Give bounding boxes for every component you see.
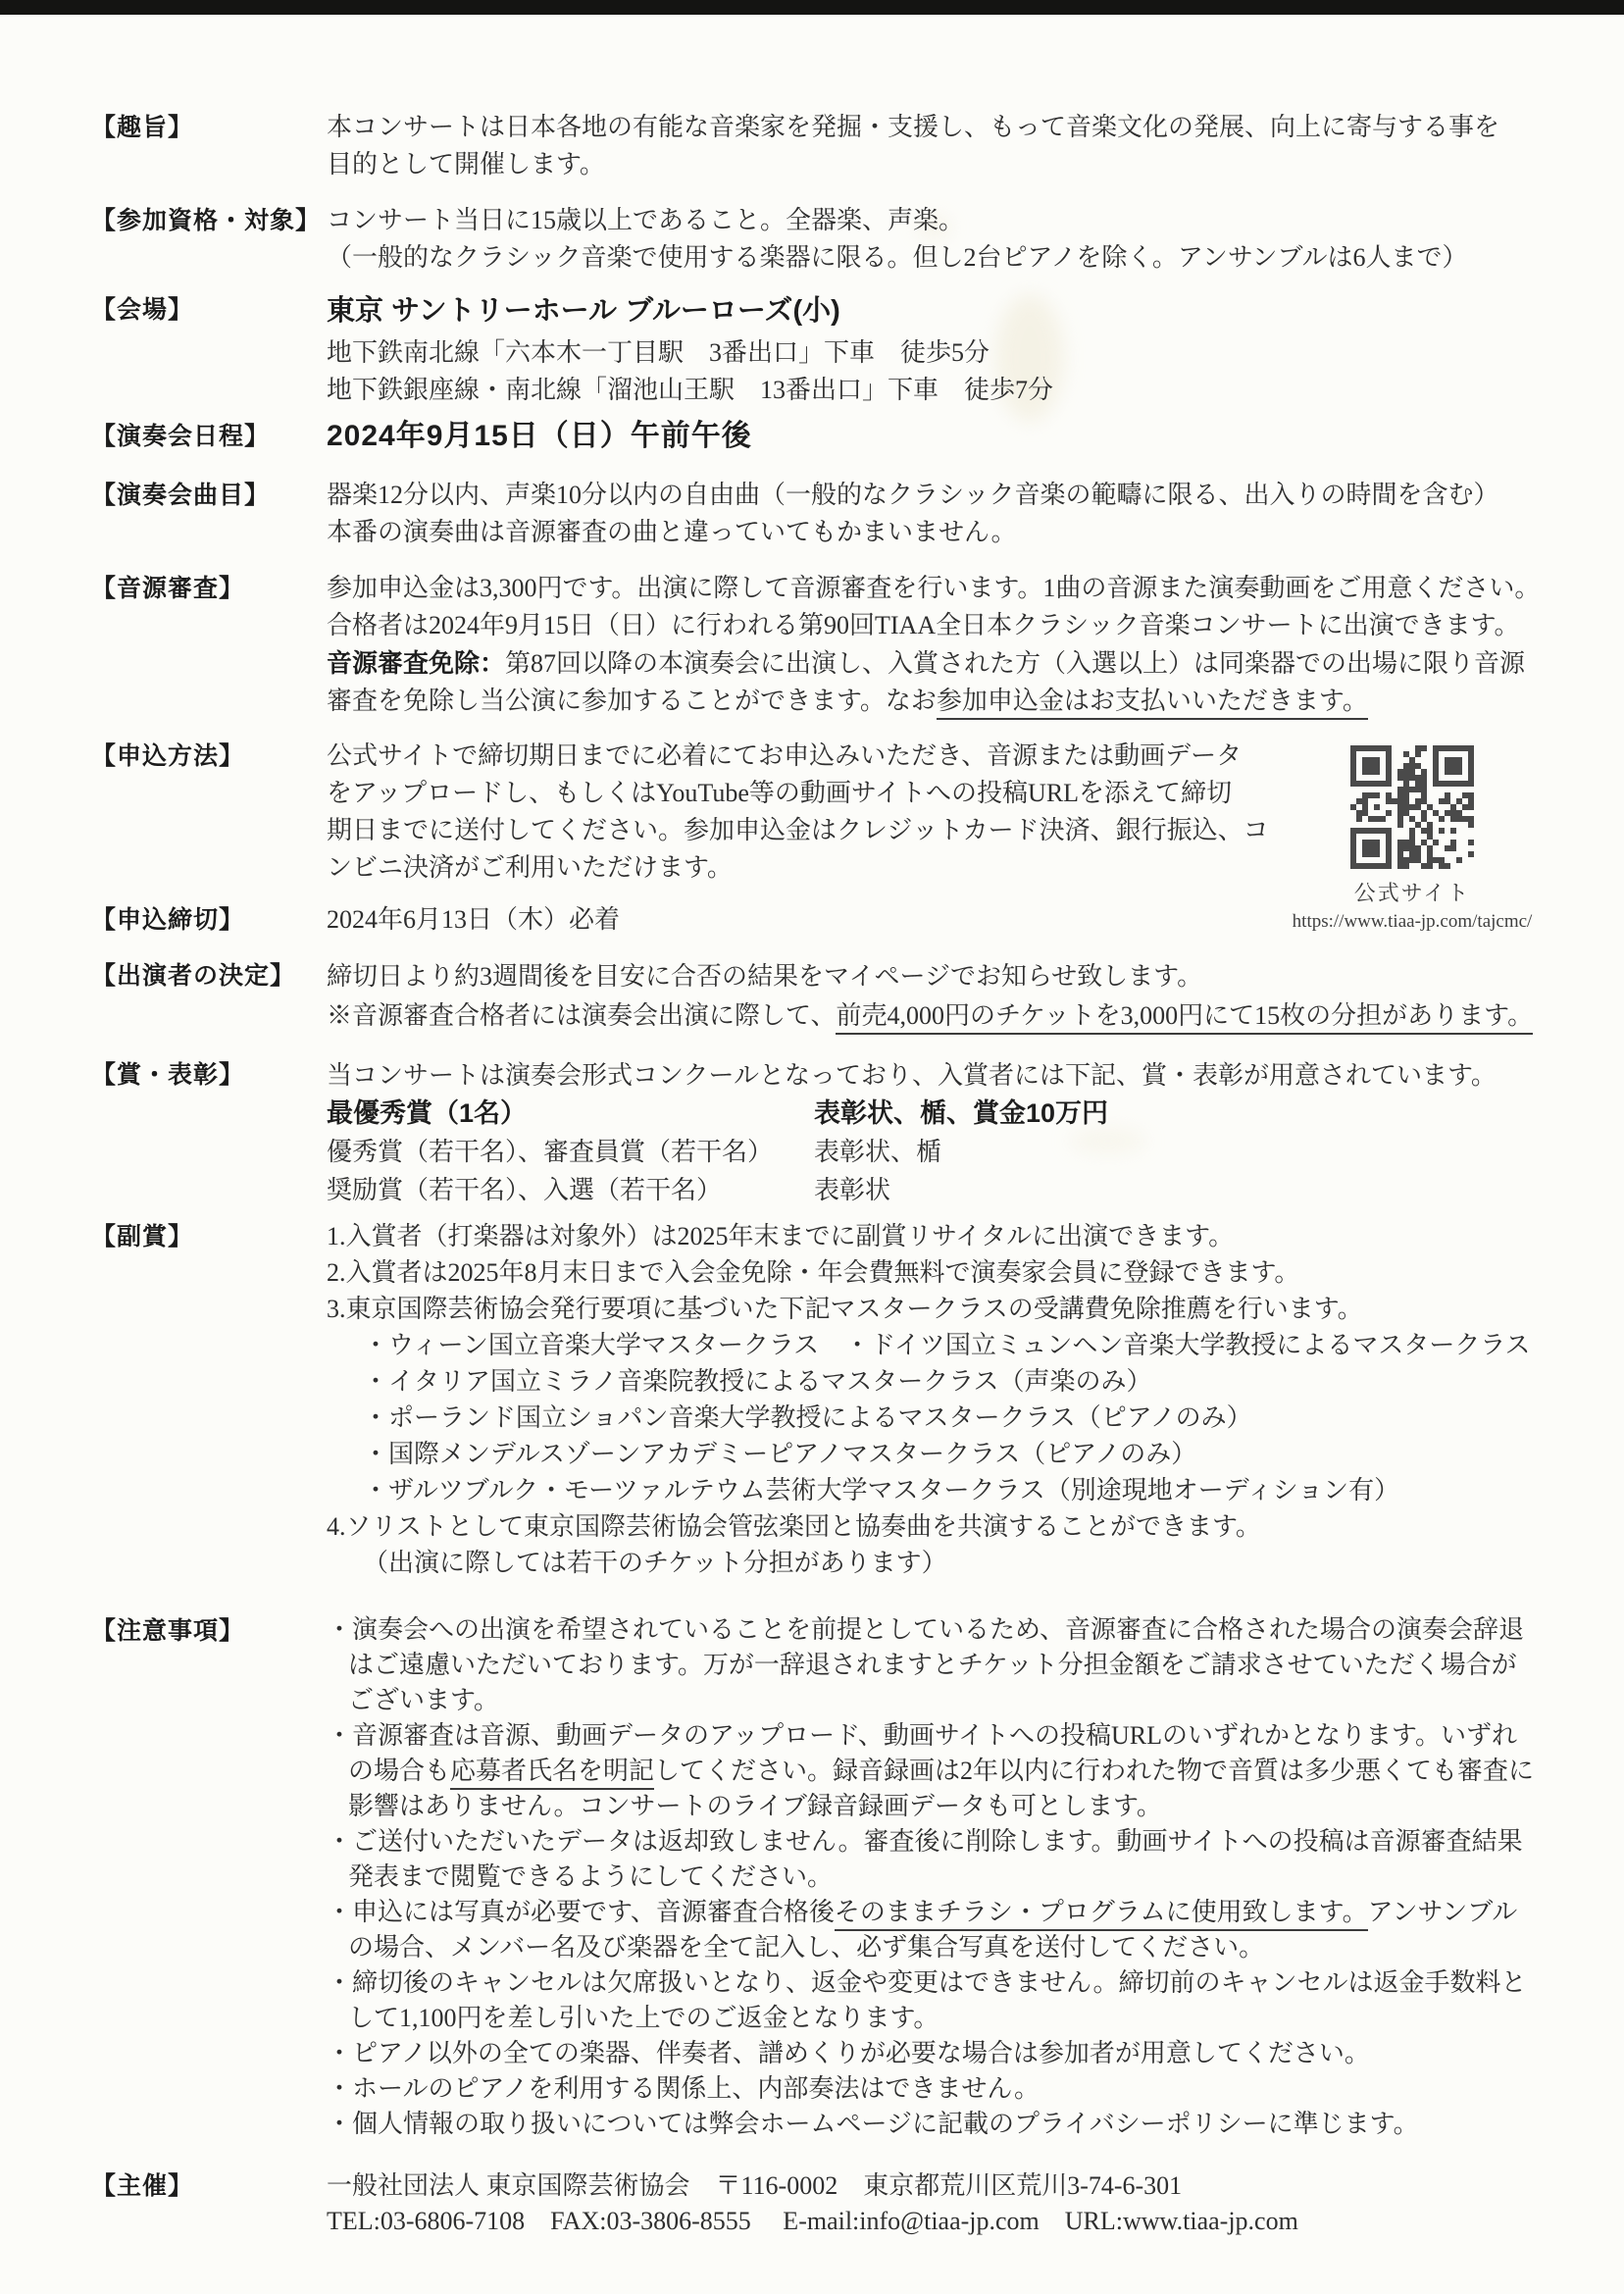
section-performer-selection-label: 【出演者の決定】 xyxy=(91,957,295,994)
award-prize: 表彰状、楯 xyxy=(814,1133,941,1171)
note-line: 影響はありません。コンサートのライブ録音録画データも可とします。 xyxy=(327,1789,1534,1824)
underlined-text: そのままチラシ・プログラムに使用致します。 xyxy=(835,1898,1368,1931)
official-site-qr-block: 公式サイト https://www.tiaa-jp.com/tajcmc/ xyxy=(1270,745,1554,934)
masterclass-item: ・国際メンデルスゾーンアカデミーピアノマスタークラス（ピアノのみ） xyxy=(327,1436,1531,1472)
audio-screening-line: 審査を免除し当公演に参加することができます。なお参加申込金はお支払いいただきます… xyxy=(327,683,1540,720)
section-repertoire-label: 【演奏会曲目】 xyxy=(91,477,270,514)
awards-intro: 当コンサートは演奏会形式コンクールとなっており、入賞者には下記、賞・表彰が用意さ… xyxy=(327,1056,1497,1095)
venue-name: 東京 サントリーホール ブルーローズ(小) xyxy=(327,291,1053,331)
qr-url: https://www.tiaa-jp.com/tajcmc/ xyxy=(1270,910,1554,934)
note-line: ・ピアノ以外の全ての楽器、伴奏者、譜めくりが必要な場合は参加者が用意してください… xyxy=(327,2036,1534,2071)
supplementary-line: （出演に際しては若干のチケット分担があります） xyxy=(327,1545,1531,1581)
section-application-method-label: 【申込方法】 xyxy=(91,738,244,775)
award-name: 優秀賞（若干名）、審査員賞（若干名） xyxy=(327,1133,814,1171)
award-row: 最優秀賞（1名） 表彰状、楯、賞金10万円 xyxy=(327,1095,1497,1133)
supplementary-line: 4.ソリストとして東京国際芸術協会管弦楽団と協奏曲を共演することができます。 xyxy=(327,1508,1531,1545)
note-line: ・申込には写真が必要です、音源審査合格後そのままチラシ・プログラムに使用致します… xyxy=(327,1895,1534,1930)
qr-code xyxy=(1350,745,1474,869)
venue-access-line: 地下鉄南北線「六本木一丁目駅 3番出口」下車 徒歩5分 xyxy=(327,334,1053,372)
scan-edge-bar xyxy=(0,0,1624,15)
masterclass-item: ・ポーランド国立ショパン音楽大学教授によるマスタークラス（ピアノのみ） xyxy=(327,1400,1531,1436)
note-line: ・ご送付いただいたデータは返却致しません。審査後に削除します。動画サイトへの投稿… xyxy=(327,1824,1534,1860)
award-row: 優秀賞（若干名）、審査員賞（若干名） 表彰状、楯 xyxy=(327,1133,1497,1171)
selection-line: 締切日より約3週間後を目安に合否の結果をマイページでお知らせ致します。 xyxy=(327,957,1533,996)
application-line: 公式サイトで締切期日までに必着にてお申込みいただき、音源または動画データ xyxy=(327,738,1269,775)
note-line: ・演奏会への出演を希望されていることを前提としているため、音源審査に合格された場… xyxy=(327,1612,1534,1648)
masterclass-item: ・ザルツブルク・モーツァルテウム芸術大学マスタークラス（別途現地オーディション有… xyxy=(327,1472,1531,1508)
supplementary-line: 3.東京国際芸術協会発行要項に基づいた下記マスタークラスの受講費免除推薦を行いま… xyxy=(327,1291,1531,1327)
section-deadline-label: 【申込締切】 xyxy=(91,901,244,939)
note-line: 発表まで閲覧できるようにしてください。 xyxy=(327,1860,1534,1895)
section-eligibility-label: 【参加資格・対象】 xyxy=(91,202,321,239)
award-row: 奨励賞（若干名）、入選（若干名） 表彰状 xyxy=(327,1171,1497,1209)
note-line: して1,100円を差し引いた上でのご返金となります。 xyxy=(327,2001,1534,2036)
note-line: ・音源審査は音源、動画データのアップロード、動画サイトへの投稿URLのいずれかと… xyxy=(327,1718,1534,1754)
note-line: の場合、メンバー名及び楽器を全て記入し、必ず集合写真を送付してください。 xyxy=(327,1930,1534,1965)
audio-screening-line: 参加申込金は3,300円です。出演に際して音源審査を行います。1曲の音源また演奏… xyxy=(327,570,1540,607)
selection-line: ※音源審査合格者には演奏会出演に際して、前売4,000円のチケットを3,000円… xyxy=(327,996,1533,1036)
note-line: ございます。 xyxy=(327,1683,1534,1718)
application-line: をアップロードし、もしくはYouTube等の動画サイトへの投稿URLを添えて締切 xyxy=(327,775,1269,812)
section-venue-label: 【会場】 xyxy=(91,291,193,329)
repertoire-line: 器楽12分以内、声楽10分以内の自由曲（一般的なクラシック音楽の範疇に限る、出入… xyxy=(327,477,1498,514)
qr-caption: 公式サイト xyxy=(1270,877,1554,910)
note-line: ・ホールのピアノを利用する関係上、内部奏法はできません。 xyxy=(327,2071,1534,2107)
application-line: 期日までに送付してください。参加申込金はクレジットカード決済、銀行振込、コ xyxy=(327,812,1269,849)
note-line: ・締切後のキャンセルは欠席扱いとなり、返金や変更はできません。締切前のキャンセル… xyxy=(327,1965,1534,2001)
masterclass-item: ・イタリア国立ミラノ音楽院教授によるマスタークラス（声楽のみ） xyxy=(327,1363,1531,1400)
section-concert-date-label: 【演奏会日程】 xyxy=(91,417,270,456)
eligibility-line: （一般的なクラシック音楽で使用する楽器に限る。但し2台ピアノを除く。アンサンブル… xyxy=(327,239,1468,277)
underlined-text: 前売4,000円のチケットを3,000円にて15枚の分担があります。 xyxy=(836,1001,1533,1035)
note-line: ・個人情報の取り扱いについては弊会ホームページに記載のプライバシーポリシーに準じ… xyxy=(327,2107,1534,2142)
exemption-heading: 音源審査免除： xyxy=(327,648,505,678)
audio-screening-line: 音源審査免除：第87回以降の本演奏会に出演し、入賞された方（入選以上）は同楽器で… xyxy=(327,644,1540,683)
masterclass-item: ・ウィーン国立音楽大学マスタークラス ・ドイツ国立ミュンヘン音楽大学教授によるマ… xyxy=(327,1327,1531,1363)
purpose-line: 本コンサートは日本各地の有能な音楽家を発掘・支援し、もって音楽文化の発展、向上に… xyxy=(327,109,1499,146)
eligibility-line: コンサート当日に15歳以上であること。全器楽、声楽。 xyxy=(327,202,1468,239)
scanned-document-page: 【趣旨】 本コンサートは日本各地の有能な音楽家を発掘・支援し、もって音楽文化の発… xyxy=(0,0,1624,2294)
note-line: はご遠慮いただいております。万が一辞退されますとチケット分担金額をご請求させてい… xyxy=(327,1648,1534,1683)
section-awards-label: 【賞・表彰】 xyxy=(91,1056,244,1094)
application-line: ンビニ決済がご利用いただけます。 xyxy=(327,849,1269,887)
organizer-contact-line: TEL:03-6806-7108 FAX:03-3806-8555 E-mail… xyxy=(327,2204,1298,2239)
award-prize: 表彰状、楯、賞金10万円 xyxy=(814,1095,1108,1133)
purpose-line: 目的として開催します。 xyxy=(327,146,1499,183)
underlined-text: 参加申込金はお支払いいただきます。 xyxy=(937,687,1368,720)
section-audio-screening-label: 【音源審査】 xyxy=(91,570,244,607)
award-name: 奨励賞（若干名）、入選（若干名） xyxy=(327,1171,814,1209)
award-prize: 表彰状 xyxy=(814,1171,890,1209)
note-line: の場合も応募者氏名を明記してください。録音録画は2年以内に行われた物で音質は多少… xyxy=(327,1754,1534,1789)
repertoire-line: 本番の演奏曲は音源審査の曲と違っていてもかまいません。 xyxy=(327,514,1498,551)
section-notes-label: 【注意事項】 xyxy=(91,1612,244,1650)
supplementary-line: 2.入賞者は2025年8月末日まで入会金免除・年会費無料で演奏家会員に登録できま… xyxy=(327,1254,1531,1291)
concert-date: 2024年9月15日（日）午前午後 xyxy=(327,417,752,456)
deadline-date: 2024年6月13日（木）必着 xyxy=(327,901,620,939)
section-organizer-label: 【主催】 xyxy=(91,2168,193,2204)
award-name: 最優秀賞（1名） xyxy=(327,1095,814,1133)
venue-access-line: 地下鉄銀座線・南北線「溜池山王駅 13番出口」下車 徒歩7分 xyxy=(327,372,1053,409)
section-supplementary-prizes-label: 【副賞】 xyxy=(91,1218,193,1255)
section-purpose-label: 【趣旨】 xyxy=(91,109,193,146)
underlined-text: 応募者氏名を明記 xyxy=(450,1757,654,1790)
organizer-line: 一般社団法人 東京国際芸術協会 〒116-0002 東京都荒川区荒川3-74-6… xyxy=(327,2168,1298,2204)
audio-screening-line: 合格者は2024年9月15日（日）に行われる第90回TIAA全日本クラシック音楽… xyxy=(327,607,1540,644)
supplementary-line: 1.入賞者（打楽器は対象外）は2025年末までに副賞リサイタルに出演できます。 xyxy=(327,1218,1531,1254)
